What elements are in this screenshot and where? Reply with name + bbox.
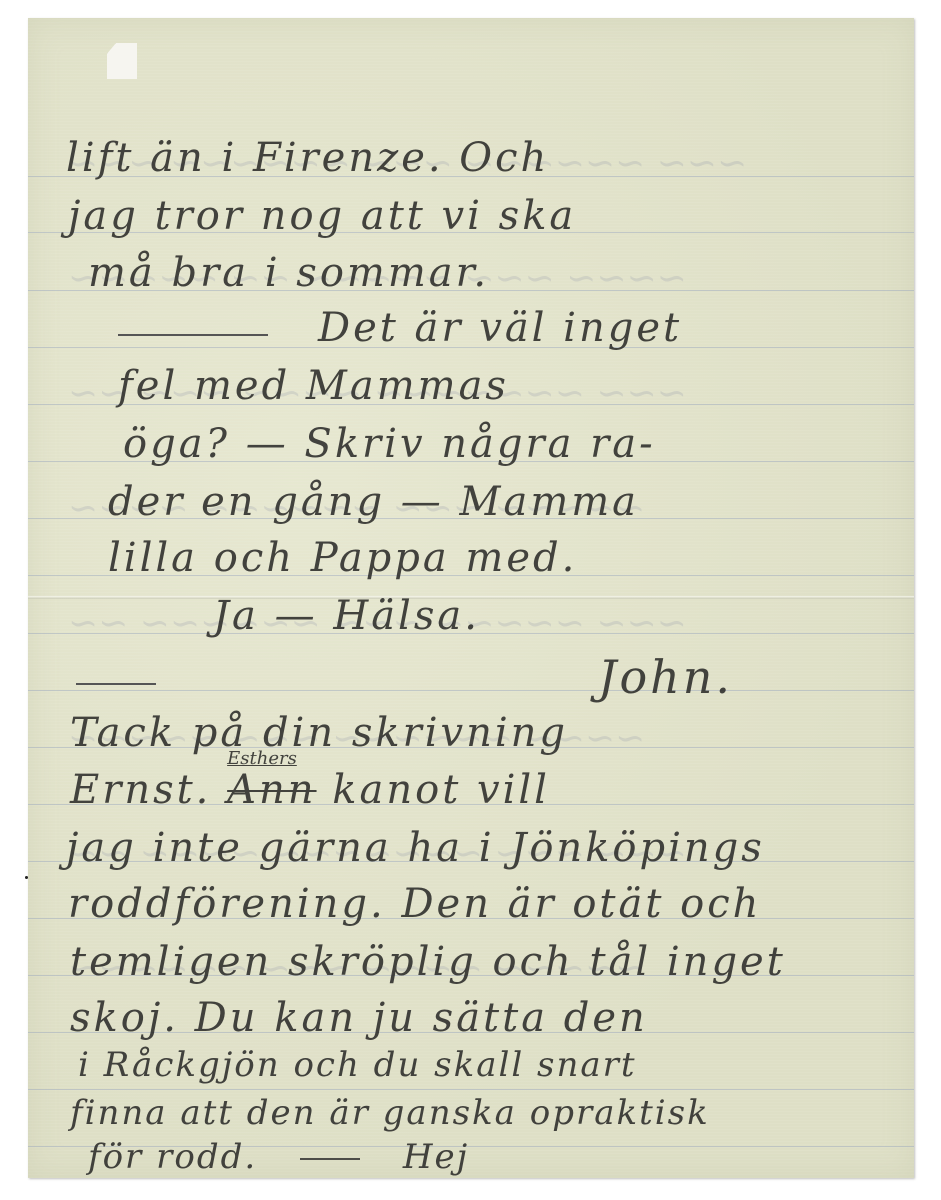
ink-dot bbox=[25, 876, 28, 879]
inserted-word: Esthers bbox=[227, 750, 297, 768]
letter-line-5: fel med Mammas bbox=[118, 366, 509, 406]
postscript-line-4: roddförening. Den är otät och bbox=[68, 884, 761, 924]
postscript-closing: Hej bbox=[403, 1137, 469, 1177]
letter-page: ~~~ ~~~~~~ ~~~ ~~~~~~ ~~~ ~~~~ ~~~ ~~~~~… bbox=[28, 18, 914, 1178]
postscript-line-1: Tack på din skrivning bbox=[70, 713, 568, 753]
postscript-name-ernst: Ernst. bbox=[70, 767, 211, 813]
letter-line-2: jag tror nog att vi ska bbox=[68, 196, 576, 236]
letter-line-6: öga? — Skriv några ra- bbox=[123, 424, 656, 464]
dash-mark bbox=[76, 683, 156, 685]
letter-line-8: lilla och Pappa med. bbox=[108, 538, 577, 578]
letter-line-3: må bra i sommar. bbox=[88, 253, 489, 293]
ruled-line bbox=[28, 1089, 914, 1090]
paper-hinge-chip bbox=[107, 43, 137, 79]
struck-word: Ann bbox=[227, 767, 316, 813]
postscript-line-6: skoj. Du kan ju sätta den bbox=[70, 998, 648, 1038]
dash-mark bbox=[300, 1158, 360, 1160]
letter-line-4: Det är väl inget bbox=[318, 308, 682, 348]
letter-line-9: Ja — Hälsa. bbox=[213, 596, 480, 636]
postscript-line-2-end: kanot vill bbox=[332, 767, 550, 813]
letter-line-1: lift än i Firenze. Och bbox=[66, 138, 549, 178]
postscript-line-2: Ernst. Esthers Ann kanot vill bbox=[70, 770, 550, 810]
dash-mark bbox=[118, 334, 268, 336]
postscript-line-7: i Råckgjön och du skall snart bbox=[78, 1048, 637, 1082]
postscript-line-5: temligen skröplig och tål inget bbox=[70, 942, 786, 982]
postscript-line-3: jag inte gärna ha i Jönköpings bbox=[66, 828, 765, 868]
postscript-line-9: för rodd. Hej bbox=[88, 1140, 469, 1174]
ruled-line bbox=[28, 690, 914, 691]
signature: John. bbox=[598, 654, 733, 700]
letter-line-7: der en gång — Mamma bbox=[108, 482, 639, 522]
postscript-line-9-start: för rodd. bbox=[88, 1137, 257, 1177]
correction: Esthers Ann bbox=[227, 770, 316, 810]
postscript-line-8: finna att den är ganska opraktisk bbox=[70, 1096, 710, 1130]
